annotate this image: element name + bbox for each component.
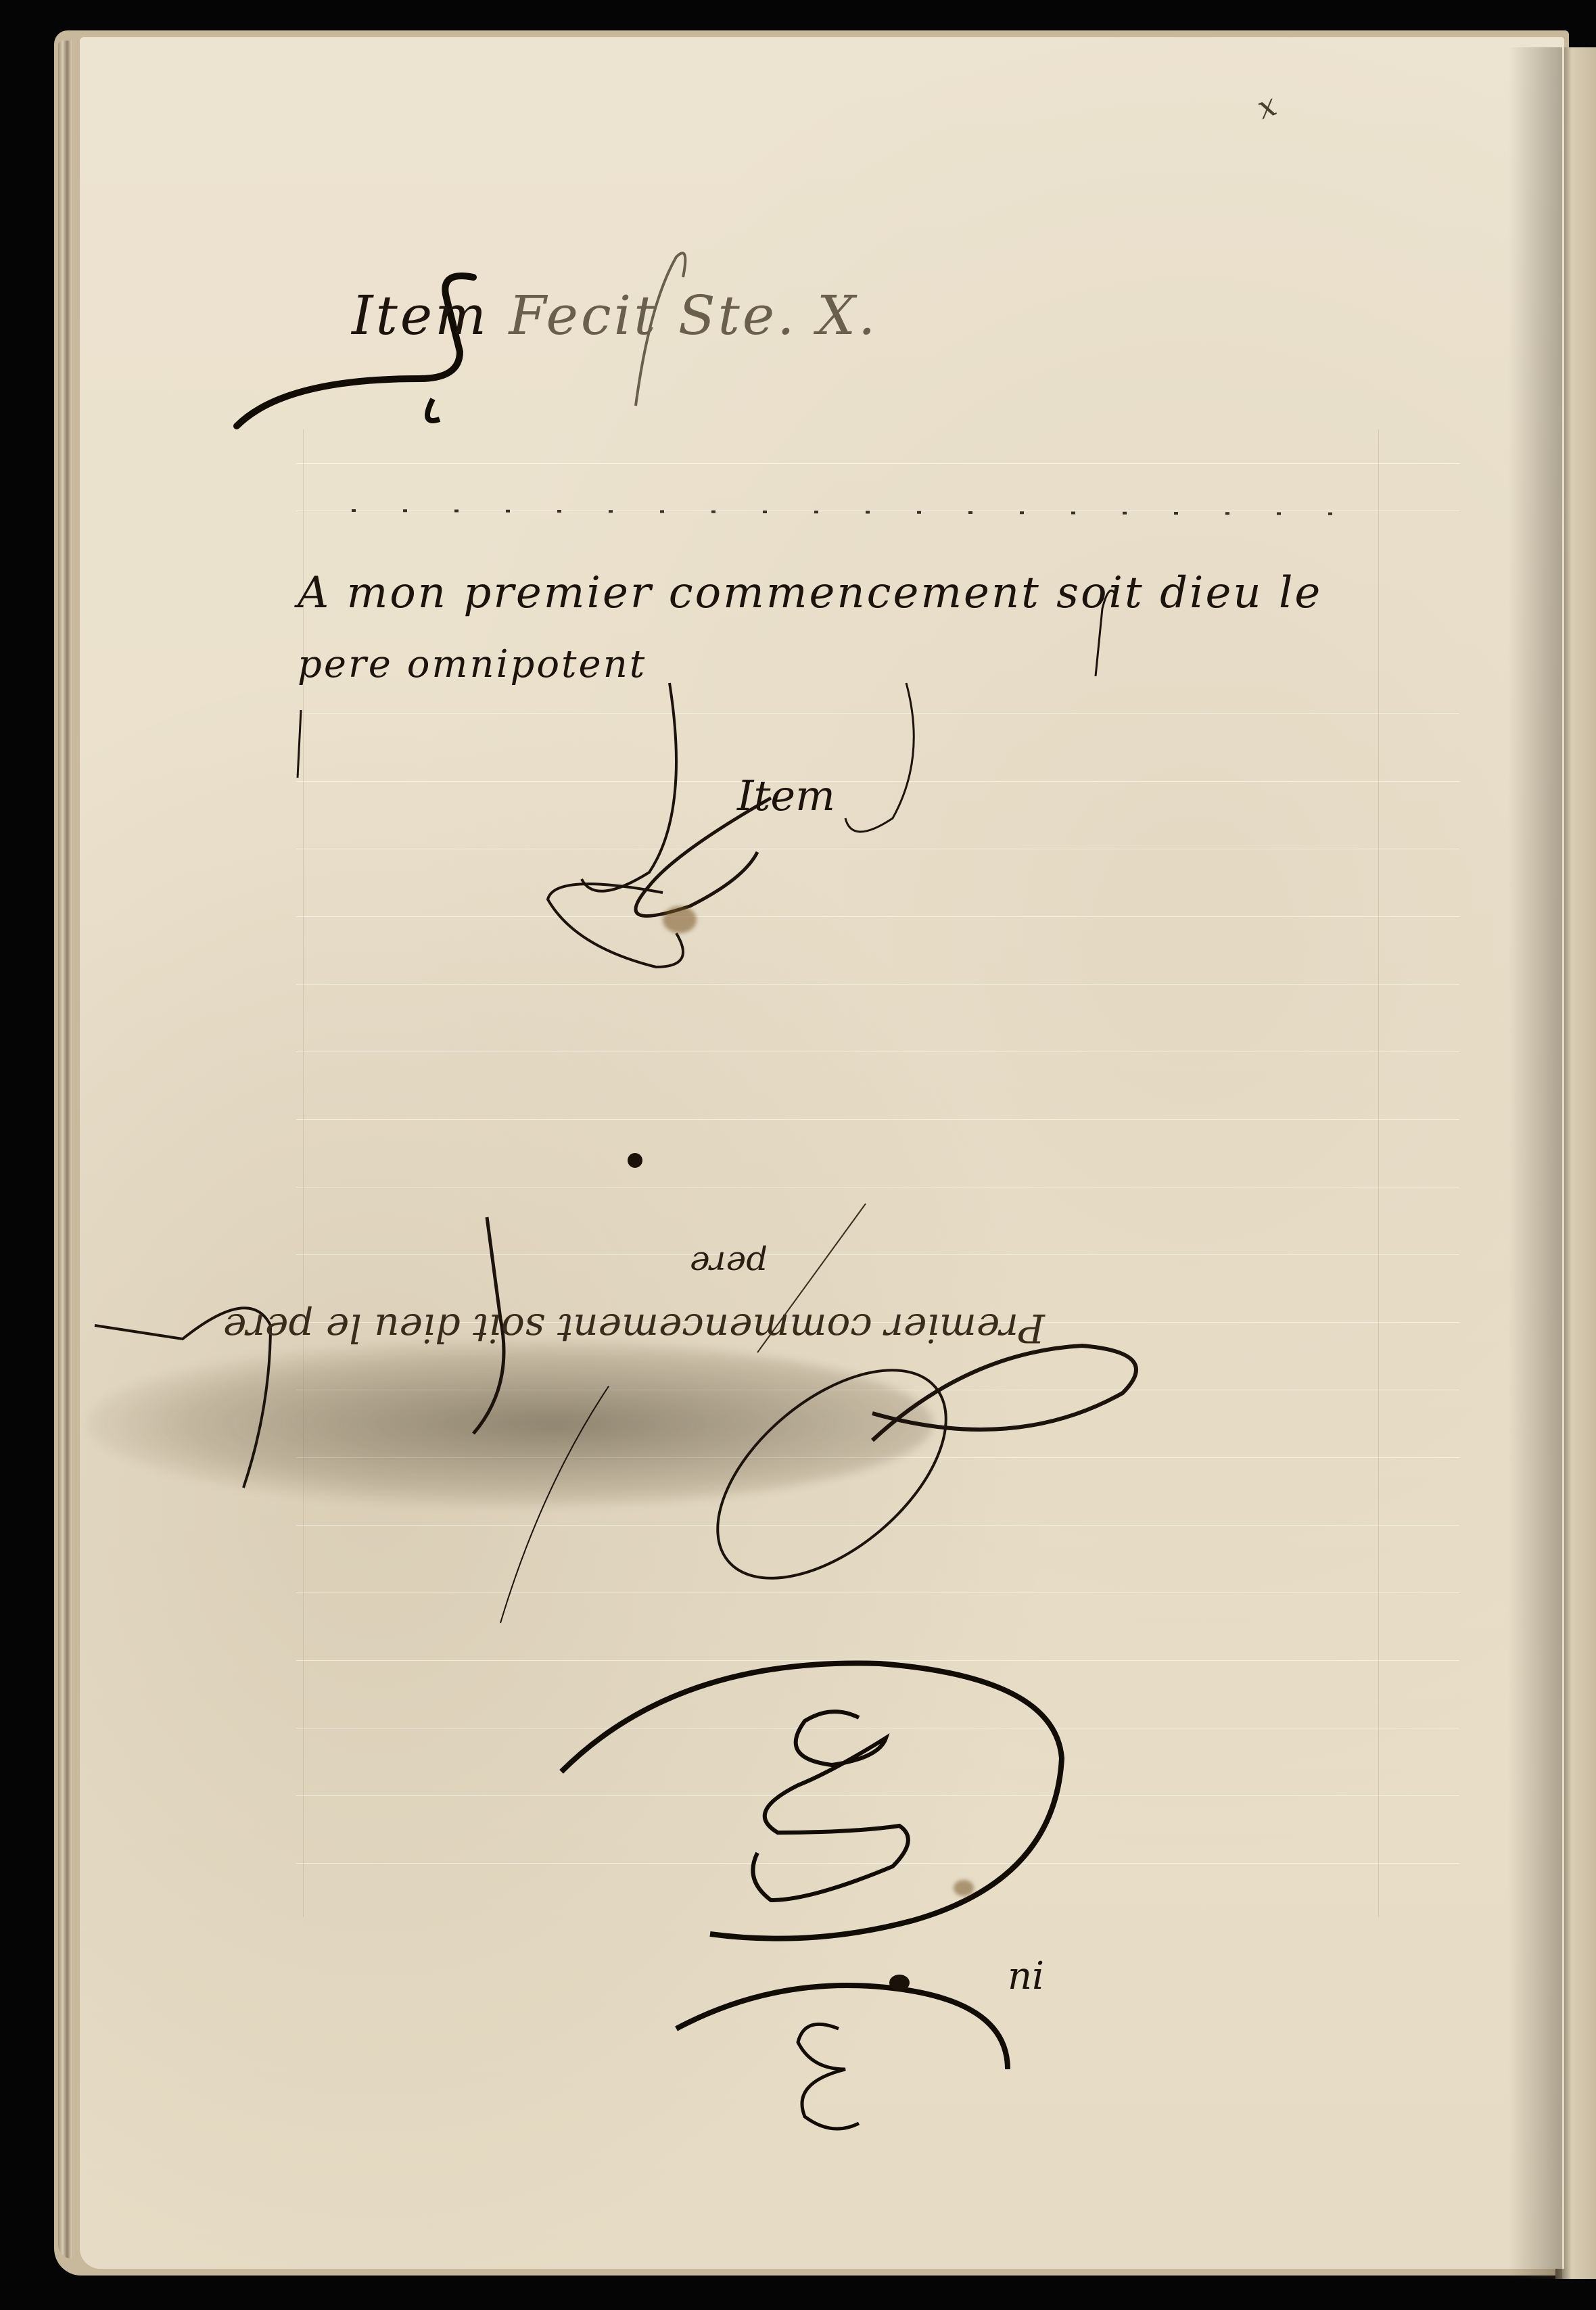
ruling-line bbox=[296, 1187, 1459, 1187]
manuscript-page bbox=[80, 37, 1564, 2269]
ink-smudge bbox=[88, 1339, 933, 1508]
ruling-line bbox=[296, 781, 1459, 782]
inverted-annotation: pere bbox=[690, 1244, 768, 1283]
ruling-line bbox=[296, 511, 1459, 511]
ruling-line bbox=[296, 463, 1459, 464]
ruling-line bbox=[296, 1254, 1459, 1255]
ruling-line bbox=[296, 1525, 1459, 1526]
ruling-line bbox=[296, 1863, 1459, 1864]
heading-word: Fecit bbox=[509, 284, 658, 347]
ink-dot bbox=[889, 1975, 910, 1991]
stain bbox=[954, 1880, 974, 1896]
ruling-line bbox=[296, 1593, 1459, 1593]
heading-lead: Item bbox=[352, 284, 489, 347]
item-mark: Item bbox=[737, 771, 835, 820]
body-text-line: pere omnipotent bbox=[298, 642, 647, 686]
ruling-line bbox=[296, 1660, 1459, 1661]
numeral-annotation: ni bbox=[1008, 1954, 1044, 1998]
ruling-line bbox=[296, 984, 1459, 985]
ruling-line bbox=[296, 1795, 1459, 1796]
ruling-line bbox=[296, 916, 1459, 917]
ruling-line bbox=[296, 1052, 1459, 1052]
stain bbox=[663, 906, 697, 933]
heading-word: Ste. X. bbox=[678, 284, 878, 347]
page-edges bbox=[58, 41, 72, 2259]
body-text-line: A mon premier commencement soit dieu le bbox=[298, 568, 1322, 618]
inverted-text-line: Premier commencement soit dieu le pere bbox=[223, 1305, 1045, 1351]
margin-rule bbox=[1378, 429, 1379, 1917]
ink-dot bbox=[628, 1153, 642, 1168]
ruling-line bbox=[296, 713, 1459, 714]
ruling-line bbox=[296, 849, 1459, 849]
ruling-line bbox=[296, 1119, 1459, 1120]
heading-line: Item Fecit Ste. X. bbox=[352, 284, 878, 347]
gutter-shadow bbox=[1508, 47, 1562, 2279]
ruling-line bbox=[296, 1728, 1459, 1728]
